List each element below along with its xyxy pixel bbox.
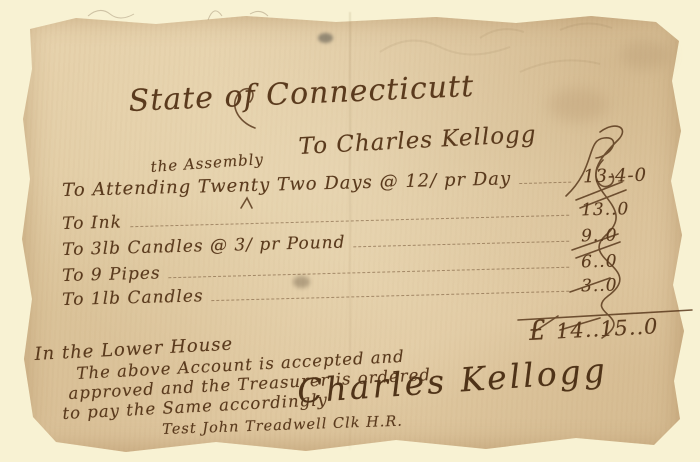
manuscript-photo: State of Connecticutt To Charles Kellogg… bbox=[0, 0, 700, 462]
line-amount: 3..0 bbox=[577, 274, 676, 297]
line-label: To 9 Pipes bbox=[62, 263, 161, 286]
line-amount: 6..0 bbox=[577, 250, 676, 273]
pound-sign: £ bbox=[528, 315, 548, 347]
line-amount: 9..0 bbox=[577, 224, 676, 247]
line-label: To 1lb Candles bbox=[62, 286, 204, 310]
dotted-leader bbox=[519, 182, 571, 184]
dotted-leader bbox=[354, 241, 570, 248]
line-label: To Ink bbox=[62, 212, 122, 234]
line-amount: 13-4-0 bbox=[579, 164, 679, 188]
line-amount: 13..0 bbox=[577, 198, 676, 221]
total-amount: 14..15..0 bbox=[555, 314, 659, 343]
